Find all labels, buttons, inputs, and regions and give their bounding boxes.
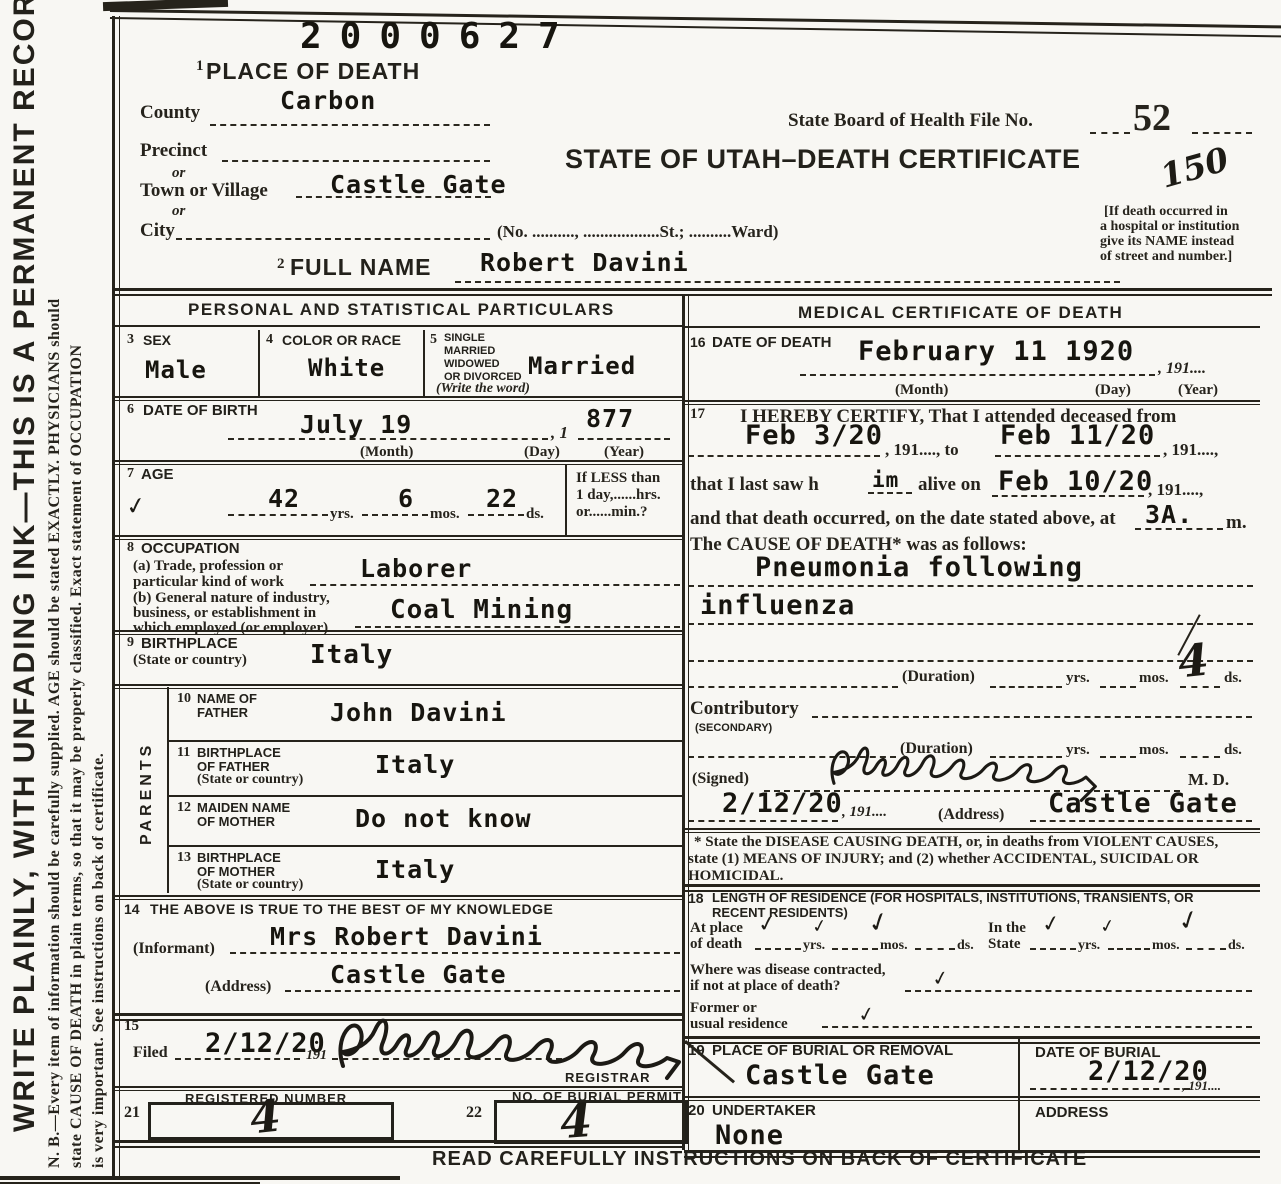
- handwritten-check-icon: ✓: [856, 1001, 877, 1028]
- dotted-fill-line: [1108, 948, 1150, 950]
- registered-number-value: 4: [247, 1091, 283, 1145]
- residence-label: RECENT RESIDENTS): [712, 905, 848, 920]
- less-than-label: or......min.?: [576, 504, 648, 521]
- race-label: COLOR OR RACE: [282, 332, 401, 348]
- mother-name-value: Do not know: [355, 804, 532, 833]
- rule: [112, 684, 684, 689]
- city-label: City: [140, 220, 175, 242]
- certify-line2a: that I last saw h: [690, 474, 819, 496]
- dotted-fill-line: [990, 686, 1062, 688]
- attended-from-value: Feb 3/20: [745, 420, 883, 451]
- field-5-number: 5: [430, 332, 437, 348]
- birth-date-label: DATE OF BIRTH: [143, 402, 258, 419]
- yrs-caption: yrs.: [803, 938, 825, 954]
- undertaker-label: UNDERTAKER: [712, 1102, 816, 1119]
- duration-days-value: 4: [1175, 635, 1211, 689]
- dotted-fill-line: [578, 438, 670, 440]
- sex-value: Male: [145, 356, 207, 384]
- town-label: Town or Village: [140, 180, 268, 202]
- dotted-fill-line: [228, 438, 548, 440]
- age-days-value: 22: [486, 484, 518, 513]
- certify-line3a: and that death occurred, on the date sta…: [690, 508, 1116, 530]
- ds-caption: ds.: [1224, 670, 1242, 687]
- field-18-number: 18: [688, 890, 704, 906]
- day-caption: (Day): [524, 444, 560, 461]
- dotted-fill-line: [210, 124, 490, 126]
- dotted-fill-line: [1135, 528, 1223, 530]
- dotted-fill-line: [1180, 756, 1220, 758]
- death-date-label: DATE OF DEATH: [712, 334, 831, 351]
- burial-year-stub: , 191....: [1182, 1078, 1221, 1094]
- rule: [167, 740, 684, 742]
- year-caption: (Year): [1178, 382, 1218, 399]
- certify-mid1: , 191...., to: [885, 440, 959, 460]
- yrs-caption: yrs.: [1078, 938, 1100, 954]
- marital-hint: (Write the word): [436, 381, 530, 397]
- dotted-fill-line: [688, 820, 838, 822]
- field-20-number: 20: [688, 1102, 705, 1119]
- field-15-number: 15: [124, 1018, 139, 1035]
- dotted-fill-line: [822, 1026, 1252, 1028]
- mother-birthplace-sub: (State or country): [197, 877, 303, 893]
- county-label: County: [140, 102, 200, 124]
- dotted-fill-line: [285, 990, 680, 992]
- dotted-fill-line: [1030, 820, 1252, 822]
- dotted-fill-line: [175, 1058, 300, 1060]
- in-state-label: In the: [988, 920, 1026, 937]
- birth-date-value: July 19: [300, 410, 412, 439]
- informant-caption: (Informant): [133, 940, 215, 958]
- age-label: AGE: [141, 466, 174, 483]
- occupation-a-value: Laborer: [360, 554, 472, 583]
- ds-caption: ds.: [1228, 938, 1245, 954]
- death-year-stub: , 191....: [1158, 360, 1206, 378]
- certify-line3b: m.: [1226, 512, 1247, 534]
- field-16-number: 16: [690, 334, 706, 350]
- margin-nb-note-line3: is very important. See instructions on b…: [90, 753, 108, 1168]
- field-14-number: 14: [124, 901, 140, 917]
- registrar-caption: REGISTRAR: [565, 1070, 651, 1085]
- address-caption: (Address): [938, 806, 1004, 824]
- handwritten-check-icon: ✓: [864, 905, 894, 940]
- mother-name-label: MAIDEN NAME: [197, 800, 290, 815]
- death-certificate-scan: WRITE PLAINLY, WITH UNFADING INK—THIS IS…: [0, 0, 1281, 1184]
- disease-contracted-label: Where was disease contracted,: [690, 962, 886, 979]
- or-label: or: [172, 203, 185, 220]
- birth-year-prefix: , 1: [551, 423, 568, 443]
- field-1-heading: PLACE OF DEATH: [206, 58, 420, 85]
- dotted-fill-line: [832, 948, 878, 950]
- field-11-number: 11: [177, 745, 190, 761]
- death-hour-value: 3A.: [1145, 500, 1193, 529]
- certify-line2b: alive on: [918, 474, 981, 496]
- rule: [112, 288, 1272, 296]
- precinct-label: Precinct: [140, 140, 207, 162]
- less-than-label: If LESS than: [576, 470, 660, 487]
- filed-label: Filed: [133, 1044, 168, 1062]
- handwritten-number: 150: [1156, 139, 1233, 195]
- mos-caption: mos.: [1152, 938, 1180, 954]
- occupation-b-value: Coal Mining: [390, 595, 573, 625]
- rule: [684, 1096, 1260, 1101]
- undertaker-address-label: ADDRESS: [1035, 1104, 1108, 1121]
- field-10-number: 10: [177, 691, 191, 707]
- no-st-ward-label: (No. .........., ..................St.; …: [497, 222, 778, 242]
- death-date-value: February 11 1920: [858, 336, 1134, 367]
- address-caption: (Address): [205, 978, 271, 996]
- dotted-fill-line: [1100, 686, 1136, 688]
- medical-section-header: MEDICAL CERTIFICATE OF DEATH: [798, 303, 1123, 323]
- field-8-number: 8: [127, 540, 134, 556]
- dotted-fill-line: [176, 238, 490, 240]
- handwritten-check-icon: ✓: [1098, 915, 1117, 938]
- margin-nb-note-line1: N. B.—Every item of information should b…: [46, 298, 64, 1168]
- parents-group-label: PARENTS: [138, 742, 156, 845]
- county-value: Carbon: [280, 86, 376, 115]
- burial-place-value: Castle Gate: [745, 1060, 935, 1091]
- rule: [112, 16, 115, 1180]
- field-6-number: 6: [127, 402, 134, 418]
- dotted-fill-line: [755, 948, 801, 950]
- dotted-fill-line: [228, 514, 328, 516]
- field-1-number: 1: [196, 58, 204, 75]
- field-21-number: 21: [124, 1104, 140, 1122]
- year-caption: (Year): [604, 444, 644, 461]
- rule: [119, 16, 120, 1180]
- footer-instructions: READ CAREFULLY INSTRUCTIONS ON BACK OF C…: [432, 1148, 1087, 1171]
- mos-caption: mos.: [430, 506, 460, 523]
- field-3-number: 3: [127, 332, 134, 348]
- dotted-fill-line: [222, 160, 490, 162]
- handwritten-check-icon: ✓: [124, 490, 149, 521]
- hospital-note: a hospital or institution: [1100, 219, 1239, 235]
- sex-label: SEX: [143, 332, 171, 348]
- field-17-number: 17: [690, 406, 705, 423]
- full-name-label: FULL NAME: [290, 254, 431, 281]
- cause-of-death-value-line2: influenza: [700, 590, 855, 621]
- birthplace-sub-label: (State or country): [133, 652, 247, 669]
- undertaker-value: None: [715, 1120, 784, 1151]
- marital-label: WIDOWED: [444, 358, 500, 370]
- ds-caption: ds.: [526, 506, 544, 523]
- cause-of-death-value-line1: Pneumonia following: [755, 552, 1083, 583]
- attended-to-value: Feb 11/20: [1000, 420, 1155, 451]
- rule: [688, 294, 689, 1150]
- town-value: Castle Gate: [330, 170, 507, 199]
- hospital-note: give its NAME instead: [1100, 234, 1234, 250]
- rule: [112, 1140, 684, 1148]
- burial-place-label: PLACE OF BURIAL OR REMOVAL: [712, 1042, 953, 1059]
- rule: [167, 845, 684, 847]
- him-value: im: [872, 468, 899, 492]
- former-residence-label: Former or: [690, 1000, 757, 1017]
- in-state-label: State: [988, 936, 1021, 953]
- dotted-fill-line: [1090, 132, 1130, 134]
- disease-contracted-label: if not at place of death?: [690, 978, 840, 995]
- dotted-fill-line: [688, 660, 1253, 662]
- age-months-value: 6: [398, 484, 414, 513]
- handwritten-check-icon: ✓: [1040, 911, 1062, 939]
- serial-number-stamp: 2000627: [300, 16, 578, 57]
- day-caption: (Day): [1095, 382, 1131, 399]
- month-caption: (Month): [895, 382, 948, 399]
- rule: [684, 326, 1260, 328]
- birth-year-value: 877: [586, 404, 634, 433]
- field-13-number: 13: [177, 850, 191, 866]
- filed-year-stub: 191: [306, 1048, 327, 1064]
- father-birthplace-value: Italy: [375, 750, 455, 779]
- duration-caption: (Duration): [902, 668, 975, 686]
- ds-caption: ds.: [1224, 742, 1242, 759]
- md-caption: M. D.: [1188, 770, 1229, 790]
- cause-footnote: state (1) MEANS OF INJURY; and (2) wheth…: [688, 851, 1199, 868]
- field-4-number: 4: [266, 332, 273, 348]
- cause-footnote: * State the DISEASE CAUSING DEATH, or, i…: [694, 834, 1218, 851]
- dotted-fill-line: [800, 374, 1155, 376]
- field-2-number: 2: [277, 256, 285, 273]
- scan-artifact: [0, 1176, 400, 1180]
- marital-label: MARRIED: [444, 345, 495, 357]
- dotted-fill-line: [868, 492, 912, 494]
- dotted-fill-line: [1192, 132, 1252, 134]
- dotted-fill-line: [296, 196, 491, 198]
- field-9-number: 9: [127, 635, 134, 651]
- age-years-value: 42: [268, 484, 300, 513]
- dotted-fill-line: [812, 716, 1252, 718]
- dotted-fill-line: [688, 585, 1253, 587]
- dotted-fill-line: [1186, 948, 1226, 950]
- yrs-caption: yrs.: [330, 506, 354, 523]
- dotted-fill-line: [995, 455, 1160, 457]
- dotted-fill-line: [915, 948, 955, 950]
- personal-section-header: PERSONAL AND STATISTICAL PARTICULARS: [188, 300, 615, 320]
- rule: [167, 795, 684, 797]
- father-birthplace-label: BIRTHPLACE: [197, 745, 281, 760]
- mother-name-label: OF MOTHER: [197, 814, 275, 829]
- last-seen-value: Feb 10/20: [998, 466, 1153, 497]
- file-no-label: State Board of Health File No.: [788, 110, 1033, 132]
- dotted-fill-line: [1030, 1088, 1190, 1090]
- file-no-value: 52: [1133, 96, 1171, 140]
- certificate-title: STATE OF UTAH–DEATH CERTIFICATE: [565, 144, 1080, 175]
- dotted-fill-line: [992, 495, 1144, 497]
- marital-value: Married: [528, 352, 636, 380]
- occupation-a-label: (a) Trade, profession or: [133, 558, 283, 575]
- father-name-value: John Davini: [330, 698, 507, 727]
- marital-label: SINGLE: [444, 332, 485, 344]
- informant-value: Mrs Robert Davini: [270, 922, 543, 951]
- dotted-fill-line: [688, 623, 1253, 625]
- rule: [112, 460, 684, 465]
- rule: [565, 464, 567, 535]
- certify-mid2: , 191....,: [1163, 440, 1218, 460]
- margin-permanent-note: WRITE PLAINLY, WITH UNFADING INK—THIS IS…: [8, 0, 42, 1132]
- contributory-label: Contributory: [690, 698, 799, 720]
- field-12-number: 12: [177, 800, 191, 816]
- rule: [112, 396, 684, 401]
- ds-caption: ds.: [957, 938, 974, 954]
- former-residence-label: usual residence: [690, 1016, 788, 1033]
- rule: [423, 330, 425, 396]
- rule: [112, 895, 684, 900]
- month-caption: (Month): [360, 444, 413, 461]
- rule: [167, 687, 169, 893]
- rule: [112, 325, 684, 327]
- dotted-fill-line: [455, 281, 1120, 283]
- occupation-a-label: particular kind of work: [133, 574, 284, 591]
- dotted-fill-line: [230, 952, 680, 954]
- rule: [684, 400, 1260, 405]
- hospital-note: of street and number.]: [1100, 249, 1232, 265]
- informant-statement-label: THE ABOVE IS TRUE TO THE BEST OF MY KNOW…: [150, 901, 553, 917]
- handwritten-check-icon: ✓: [930, 965, 951, 992]
- father-name-label: NAME OF: [197, 691, 257, 706]
- dotted-fill-line: [355, 626, 680, 628]
- occupation-label: OCCUPATION: [141, 540, 240, 557]
- full-name-value: Robert Davini: [480, 248, 689, 277]
- margin-nb-note-line2: state CAUSE OF DEATH in plain terms, so …: [68, 344, 86, 1168]
- dotted-fill-line: [905, 990, 1252, 992]
- mother-birthplace-value: Italy: [375, 855, 455, 884]
- mos-caption: mos.: [880, 938, 908, 954]
- dotted-fill-line: [688, 455, 880, 457]
- certify-line2c: , 191....,: [1148, 480, 1203, 500]
- field-22-number: 22: [466, 1104, 482, 1122]
- mother-birthplace-label: BIRTHPLACE: [197, 850, 281, 865]
- at-place-label: At place: [690, 920, 743, 937]
- race-value: White: [308, 354, 385, 382]
- field-7-number: 7: [127, 466, 134, 482]
- at-place-label: of death: [690, 936, 742, 953]
- dotted-fill-line: [362, 514, 428, 516]
- father-name-label: FATHER: [197, 705, 248, 720]
- rule: [258, 330, 260, 396]
- less-than-label: 1 day,......hrs.: [576, 487, 661, 504]
- signed-address-value: Castle Gate: [1048, 788, 1238, 819]
- signed-year-stub: , 191....: [842, 804, 887, 821]
- father-birthplace-sub: (State or country): [197, 772, 303, 788]
- cause-footnote: HOMICIDAL.: [688, 868, 783, 885]
- dotted-fill-line: [688, 686, 898, 688]
- signed-date-value: 2/12/20: [722, 788, 843, 819]
- rule: [684, 828, 1260, 833]
- handwritten-check-icon: ✓: [1174, 903, 1204, 938]
- birthplace-label: BIRTHPLACE: [141, 635, 238, 652]
- mos-caption: mos.: [1139, 670, 1169, 687]
- dotted-fill-line: [310, 584, 680, 586]
- birthplace-value: Italy: [310, 640, 393, 670]
- hospital-note: [If death occurred in: [1104, 204, 1228, 220]
- yrs-caption: yrs.: [1066, 670, 1090, 687]
- residence-label: LENGTH OF RESIDENCE (FOR HOSPITALS, INST…: [712, 890, 1194, 905]
- dotted-fill-line: [1030, 948, 1076, 950]
- informant-address-value: Castle Gate: [330, 960, 507, 989]
- dotted-fill-line: [468, 514, 524, 516]
